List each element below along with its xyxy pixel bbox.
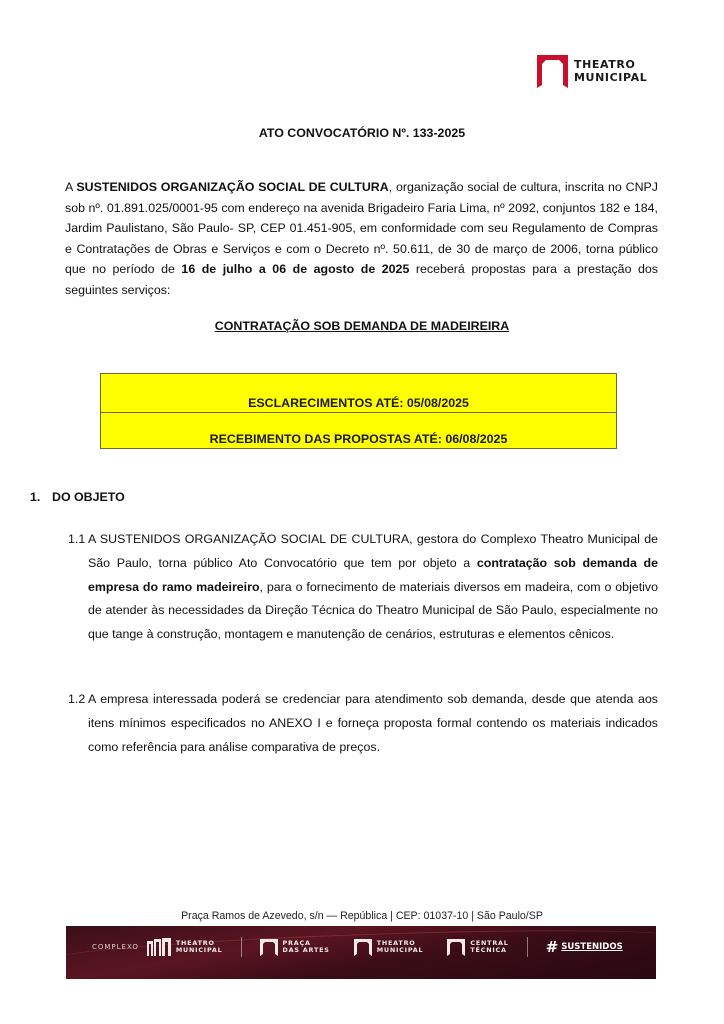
logo-line-2: MUNICIPAL <box>176 947 223 954</box>
clause-number: 1.1 <box>68 528 85 552</box>
band-separator <box>241 937 242 957</box>
arch-icon <box>354 939 372 956</box>
complexo-arches-icon <box>147 938 171 956</box>
logo-line-2: MUNICIPAL <box>574 71 647 84</box>
logo-line-2: TÉCNICA <box>470 947 508 954</box>
theatro-municipal-logo: THEATRO MUNICIPAL <box>537 54 647 88</box>
sustenidos-name: SUSTENIDOS <box>561 942 622 952</box>
hash-icon: # <box>546 938 559 956</box>
logo-line-2: MUNICIPAL <box>377 947 424 954</box>
clarifications-deadline: ESCLARECIMENTOS ATÉ: 05/08/2025 <box>101 396 616 410</box>
logo-line-2: DAS ARTES <box>283 947 330 954</box>
footer-logo-theatro-complexo: THEATRO MUNICIPAL <box>147 938 223 956</box>
band-separator <box>527 937 528 957</box>
theatro-arch-icon <box>537 55 568 88</box>
footer-partner-band: COMPLEXO THEATRO MUNICIPAL PRAÇA DAS ART… <box>66 926 656 979</box>
deadlines-box: ESCLARECIMENTOS ATÉ: 05/08/2025 RECEBIME… <box>100 373 617 449</box>
intro-paragraph: A SUSTENIDOS ORGANIZAÇÃO SOCIAL DE CULTU… <box>65 177 658 300</box>
section-number: 1. <box>30 490 52 504</box>
footer-logo-praca-das-artes: PRAÇA DAS ARTES <box>260 939 330 956</box>
clause-text: A SUSTENIDOS ORGANIZAÇÃO SOCIAL DE CULTU… <box>68 528 658 647</box>
complexo-label: COMPLEXO <box>92 943 139 951</box>
contract-subtitle: CONTRATAÇÃO SOB DEMANDA DE MADEIREIRA <box>0 319 724 333</box>
clause-text: A empresa interessada poderá se credenci… <box>68 688 658 759</box>
footer-address: Praça Ramos de Azevedo, s/n — República … <box>0 910 724 922</box>
proposals-deadline: RECEBIMENTO DAS PROPOSTAS ATÉ: 06/08/202… <box>101 432 616 446</box>
clause-number: 1.2 <box>68 688 85 712</box>
document-title: ATO CONVOCATÓRIO Nº. 133-2025 <box>0 126 724 140</box>
arch-icon <box>447 939 465 956</box>
intro-prefix: A <box>65 180 76 194</box>
footer-logo-central-tecnica: CENTRAL TÉCNICA <box>447 939 508 956</box>
clause-1-2: 1.2 A empresa interessada poderá se cred… <box>68 688 658 759</box>
footer-logo-theatro-municipal: THEATRO MUNICIPAL <box>354 939 424 956</box>
organization-name: SUSTENIDOS ORGANIZAÇÃO SOCIAL DE CULTURA <box>76 180 388 194</box>
section-title: DO OBJETO <box>52 490 125 504</box>
proposal-period: 16 de julho a 06 de agosto de 2025 <box>181 262 409 276</box>
footer-logo-sustenidos: # SUSTENIDOS <box>546 938 623 956</box>
clause-1-1: 1.1 A SUSTENIDOS ORGANIZAÇÃO SOCIAL DE C… <box>68 528 658 647</box>
box-divider <box>101 412 616 413</box>
logo-line-1: THEATRO <box>574 58 647 71</box>
section-heading: 1.DO OBJETO <box>30 490 125 504</box>
logo-text: THEATRO MUNICIPAL <box>574 58 647 84</box>
arch-icon <box>260 939 278 956</box>
